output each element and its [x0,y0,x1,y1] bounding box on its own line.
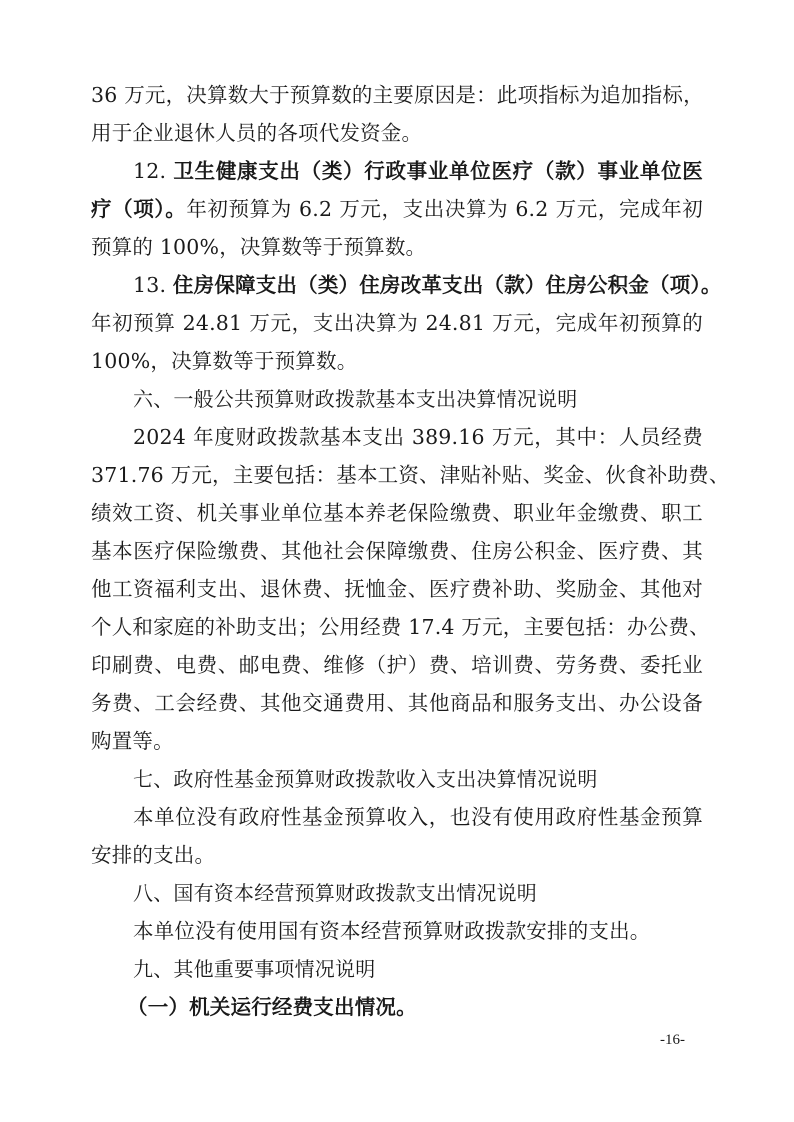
paragraph-line: 本单位没有政府性基金预算收入，也没有使用政府性基金预算 [133,804,703,830]
section-heading-9: 九、其他重要事项情况说明 [133,956,703,982]
paragraph-line: 36 万元，决算数大于预算数的主要原因是：此项指标为追加指标， [91,82,703,108]
item-title-bold: 住房保障支出（类）住房改革支出（款）住房公积金（项）。 [173,273,722,297]
item-title-bold: 疗（项）。 [91,197,186,221]
paragraph-line: 371.76 万元，主要包括：基本工资、津贴补贴、奖金、伙食补助费、 [91,462,703,488]
paragraph-line: 绩效工资、机关事业单位基本养老保险缴费、职业年金缴费、职工 [91,500,703,526]
item-title-bold: 卫生健康支出（类）行政事业单位医疗（款）事业单位医 [173,159,703,183]
section-heading-7: 七、政府性基金预算财政拨款收入支出决算情况说明 [133,766,703,792]
subsection-heading: （一）机关运行经费支出情况。 [127,994,707,1020]
section-heading-6: 六、一般公共预算财政拨款基本支出决算情况说明 [133,386,703,412]
paragraph-line: 预算的 100%，决算数等于预算数。 [91,234,703,260]
paragraph-line: 个人和家庭的补助支出；公用经费 17.4 万元，主要包括：办公费、 [91,614,703,640]
item-number: 12. [133,159,173,183]
page-number: -16- [660,1032,685,1049]
paragraph-line: 他工资福利支出、退休费、抚恤金、医疗费补助、奖励金、其他对 [91,576,703,602]
paragraph-line: 用于企业退休人员的各项代发资金。 [91,120,703,146]
document-page: 36 万元，决算数大于预算数的主要原因是：此项指标为追加指标， 用于企业退休人员… [0,0,794,1122]
paragraph-line: 年初预算 24.81 万元，支出决算为 24.81 万元，完成年初预算的 [91,310,703,336]
paragraph-line: 2024 年度财政拨款基本支出 389.16 万元，其中：人员经费 [133,424,703,450]
paragraph-line: 疗（项）。年初预算为 6.2 万元，支出决算为 6.2 万元，完成年初 [91,196,703,222]
paragraph-line: 购置等。 [91,728,703,754]
item-12-title: 12. 卫生健康支出（类）行政事业单位医疗（款）事业单位医 [133,158,703,184]
item-13-title: 13. 住房保障支出（类）住房改革支出（款）住房公积金（项）。 [133,272,703,298]
section-heading-8: 八、国有资本经营预算财政拨款支出情况说明 [133,880,703,906]
paragraph-line: 100%，决算数等于预算数。 [91,348,703,374]
item-text: 年初预算为 6.2 万元，支出决算为 6.2 万元，完成年初 [186,197,703,221]
paragraph-line: 务费、工会经费、其他交通费用、其他商品和服务支出、办公设备 [91,690,703,716]
item-number: 13. [133,273,173,297]
paragraph-line: 本单位没有使用国有资本经营预算财政拨款安排的支出。 [133,918,703,944]
paragraph-line: 印刷费、电费、邮电费、维修（护）费、培训费、劳务费、委托业 [91,652,703,678]
paragraph-line: 基本医疗保险缴费、其他社会保障缴费、住房公积金、医疗费、其 [91,538,703,564]
paragraph-line: 安排的支出。 [91,842,703,868]
